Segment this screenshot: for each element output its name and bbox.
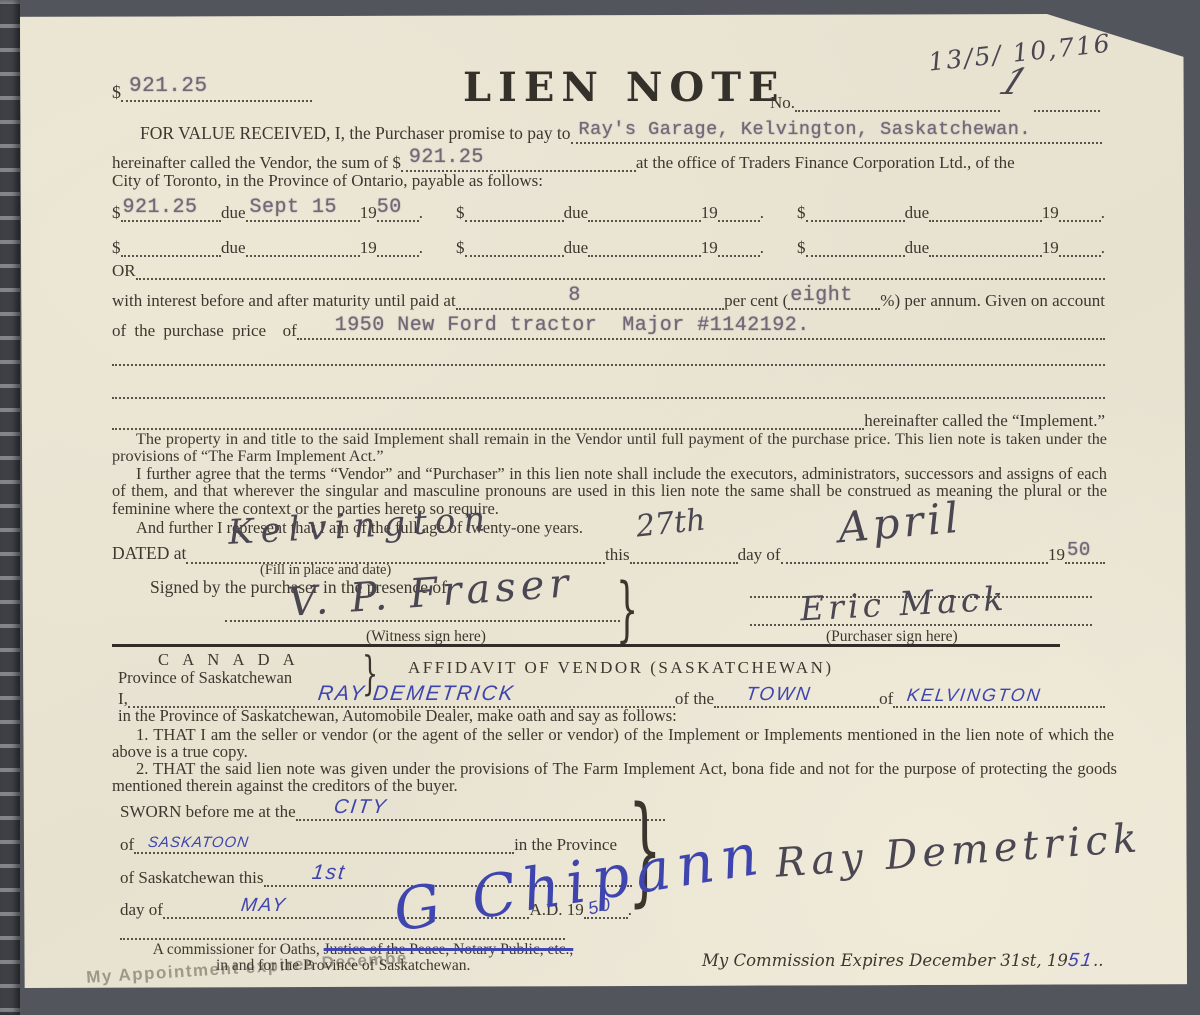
cell-year-label: 19	[360, 238, 377, 257]
cell-year-label: 19	[701, 203, 718, 222]
cell-amount-fill	[465, 202, 564, 222]
cell-year-fill	[718, 202, 760, 222]
sum-value: 921.25	[409, 148, 484, 168]
deponent-name: RAY DEMETRICK	[317, 683, 516, 704]
cell-due-fill	[246, 237, 360, 257]
cell-amount-fill: 921.25	[121, 202, 222, 222]
percent-label: per cent (	[724, 291, 788, 310]
commissioner-sign-line	[120, 926, 565, 940]
implement-fill	[112, 410, 864, 430]
or-line: OR	[112, 258, 1105, 280]
of-label: of	[879, 689, 893, 708]
cell-due-label: due	[221, 203, 246, 222]
implement-suffix: hereinafter called the “Implement.”	[864, 411, 1105, 430]
sum-line: hereinafter called the Vendor, the sum o…	[112, 148, 1105, 172]
dated-month-fill	[781, 544, 1048, 564]
document-title: LIEN NOTE	[463, 64, 785, 111]
no-fill-2	[1034, 92, 1100, 112]
payee-value: Ray's Garage, Kelvington, Saskatchewan.	[579, 121, 1031, 140]
day-of-label: day of	[738, 545, 781, 564]
schedule-cell: $ due 19 .	[112, 237, 423, 257]
sum-suffix: at the office of Traders Finance Corpora…	[636, 153, 1015, 172]
no-label: No.	[770, 93, 795, 112]
municipality-type: TOWN	[745, 685, 813, 704]
schedule-cell: $ 921.25 due Sept 15 19 50 .	[112, 202, 423, 222]
cell-due-fill	[929, 202, 1042, 222]
sworn-day: 1st	[310, 862, 347, 883]
of-the-label: of the	[675, 689, 714, 708]
pay-to-label: FOR VALUE RECEIVED, I, the Purchaser pro…	[112, 124, 571, 144]
cell-year-label: 19	[1042, 203, 1059, 222]
commission-text: My Commission Expires December 31st, 19	[702, 951, 1068, 970]
sworn-of-label: of	[120, 835, 134, 854]
cell-year-label: 19	[1042, 238, 1059, 257]
rate-words-fill: eight	[788, 290, 880, 310]
cell-year-fill	[1059, 202, 1101, 222]
note-number-line: No.	[770, 86, 1100, 112]
cell-amount-fill	[121, 237, 222, 257]
cell-dollar: $	[456, 203, 465, 222]
purchase-description: 1950 New Ford tractor Major #1142192.	[335, 316, 810, 336]
sworn-place-type-fill: CITY	[296, 801, 665, 821]
cell-period: .	[419, 203, 423, 222]
schedule-cell: $ due 19 .	[456, 237, 764, 257]
dated-day-fill	[630, 544, 738, 564]
or-fill	[136, 260, 1105, 280]
top-amount-value: 921.25	[129, 76, 208, 97]
cell-amount-fill	[806, 237, 905, 257]
blank-fill-1	[112, 346, 1105, 366]
cell-due-fill	[588, 202, 701, 222]
sworn-this-label: of Saskatchewan this	[120, 868, 264, 887]
cell-due-label: due	[905, 203, 930, 222]
affidavit-clause-2: 2. THAT the said lien note was given und…	[112, 760, 1117, 794]
municipality-type-fill: TOWN	[714, 688, 879, 708]
cell-due-label: due	[564, 238, 589, 257]
interest-line: with interest before and after maturity …	[112, 286, 1105, 310]
cell-year-fill	[377, 237, 419, 257]
municipality-fill: KELVINGTON	[893, 688, 1105, 708]
sworn-month: MAY	[240, 896, 288, 915]
schedule-cell: $ due 19 .	[797, 202, 1105, 222]
album-binding-strip	[0, 0, 20, 1015]
top-amount-line: $ 921.25	[112, 76, 312, 102]
blank-line-1	[112, 352, 1105, 366]
country-label: C A N A D A	[158, 651, 300, 669]
witness-brace: }	[616, 574, 638, 644]
schedule-row-2: $ due 19 . $ due 19 . $ due 19 .	[112, 231, 1105, 257]
payee-fill: Ray's Garage, Kelvington, Saskatchewan.	[571, 124, 1103, 144]
cell-year-label: 19	[701, 238, 718, 257]
rate-words-value: eight	[790, 286, 853, 306]
cell-dollar: $	[797, 238, 806, 257]
sworn-place-type: CITY	[332, 797, 388, 817]
cell-period: .	[1101, 203, 1105, 222]
dated-year-prefix: 19	[1048, 545, 1065, 564]
deponent-fill: RAY DEMETRICK	[128, 688, 675, 708]
sworn-day-of-label: day of	[120, 900, 163, 919]
blank-fill-2	[112, 379, 1105, 399]
affidavit-title: AFFIDAVIT OF VENDOR (SASKATCHEWAN)	[408, 658, 834, 677]
cell-year-fill: 50	[377, 202, 419, 222]
handwritten-dated-day: 27th	[634, 502, 707, 544]
cell-due-fill	[929, 237, 1042, 257]
commission-dots: ..	[1093, 951, 1104, 970]
sum-prefix: hereinafter called the Vendor, the sum o…	[112, 153, 401, 172]
sum-fill: 921.25	[401, 152, 636, 172]
purchase-fill: 1950 New Ford tractor Major #1142192.	[297, 320, 1105, 340]
municipality-name: KELVINGTON	[906, 686, 1043, 704]
cell-year: 50	[377, 198, 402, 218]
affidavit-clause-1: 1. THAT I am the seller or vendor (or th…	[112, 726, 1114, 760]
this-label: this	[605, 545, 630, 564]
cell-due-fill	[588, 237, 701, 257]
purchase-line: of the purchase price of 1950 New Ford t…	[112, 316, 1105, 340]
commissioner-normal: A commissioner for Oaths,	[153, 941, 324, 958]
commissioner-fill	[120, 920, 565, 940]
cell-year-fill	[1059, 237, 1101, 257]
sworn-label: SWORN before me at the	[120, 802, 296, 821]
commission-year: 51	[1067, 950, 1095, 972]
sworn-place: SASKATOON	[147, 835, 250, 850]
schedule-cell: $ due 19 .	[797, 237, 1105, 257]
sworn-line-1: SWORN before me at the CITY	[120, 797, 665, 821]
pay-to-line: FOR VALUE RECEIVED, I, the Purchaser pro…	[112, 116, 1102, 144]
top-amount-fill: 921.25	[121, 82, 312, 102]
cell-dollar: $	[797, 203, 806, 222]
schedule-cell: $ due 19 .	[456, 202, 764, 222]
cell-year-label: 19	[360, 203, 377, 222]
implement-line: hereinafter called the “Implement.”	[112, 412, 1105, 430]
cell-due-label: due	[564, 203, 589, 222]
cell-dollar: $	[112, 203, 121, 222]
commission-expiry-line: My Commission Expires December 31st, 19 …	[702, 948, 1104, 970]
purchase-prefix: of the purchase price of	[112, 321, 297, 340]
city-line: City of Toronto, in the Province of Onta…	[112, 171, 543, 190]
interest-suffix: %) per annum. Given on account	[880, 291, 1105, 310]
cell-period: .	[760, 203, 764, 222]
commissioner-struck: Justice of the Peace, Notary Public, etc…	[324, 941, 574, 958]
cell-due-label: due	[221, 238, 246, 257]
cell-dollar: $	[456, 238, 465, 257]
cell-due-label: due	[905, 238, 930, 257]
dated-label: DATED at	[112, 544, 186, 564]
cell-amount-fill	[465, 237, 564, 257]
section-divider	[112, 644, 1060, 647]
rate-value: 8	[568, 286, 581, 306]
rate-fill: 8	[456, 290, 724, 310]
cell-period: .	[1101, 238, 1105, 257]
cell-dollar: $	[112, 238, 121, 257]
blank-line-2	[112, 385, 1105, 399]
oath-line: in the Province of Saskatchewan, Automob…	[118, 707, 677, 726]
or-label: OR	[112, 261, 136, 280]
interest-prefix: with interest before and after maturity …	[112, 291, 456, 310]
scanned-document-page: $ 921.25 13/5/ 10,716 LIEN NOTE No. 1 FO…	[0, 0, 1200, 1015]
cell-year-fill	[718, 237, 760, 257]
cell-period: .	[760, 238, 764, 257]
dollar-sign: $	[112, 82, 121, 102]
dated-year-fill: 50	[1065, 544, 1105, 564]
deponent-line: I, RAY DEMETRICK of the TOWN of KELVINGT…	[118, 684, 1105, 708]
cell-period: .	[419, 238, 423, 257]
clause-property: The property in and title to the said Im…	[112, 431, 1107, 464]
sworn-line-2: of SASKATOON in the Province	[120, 830, 617, 854]
sworn-place-fill: SASKATOON	[134, 834, 514, 854]
no-fill-1	[795, 92, 1000, 112]
dated-year-value: 50	[1067, 541, 1091, 560]
cell-due-fill: Sept 15	[246, 202, 360, 222]
cell-amount: 921.25	[123, 198, 198, 218]
commissioner-line-2: in and for the Province of Saskatchewan.	[216, 957, 470, 974]
schedule-row-1: $ 921.25 due Sept 15 19 50 . $ due 19 . …	[112, 196, 1105, 222]
cell-due: Sept 15	[250, 198, 338, 218]
cell-amount-fill	[806, 202, 905, 222]
